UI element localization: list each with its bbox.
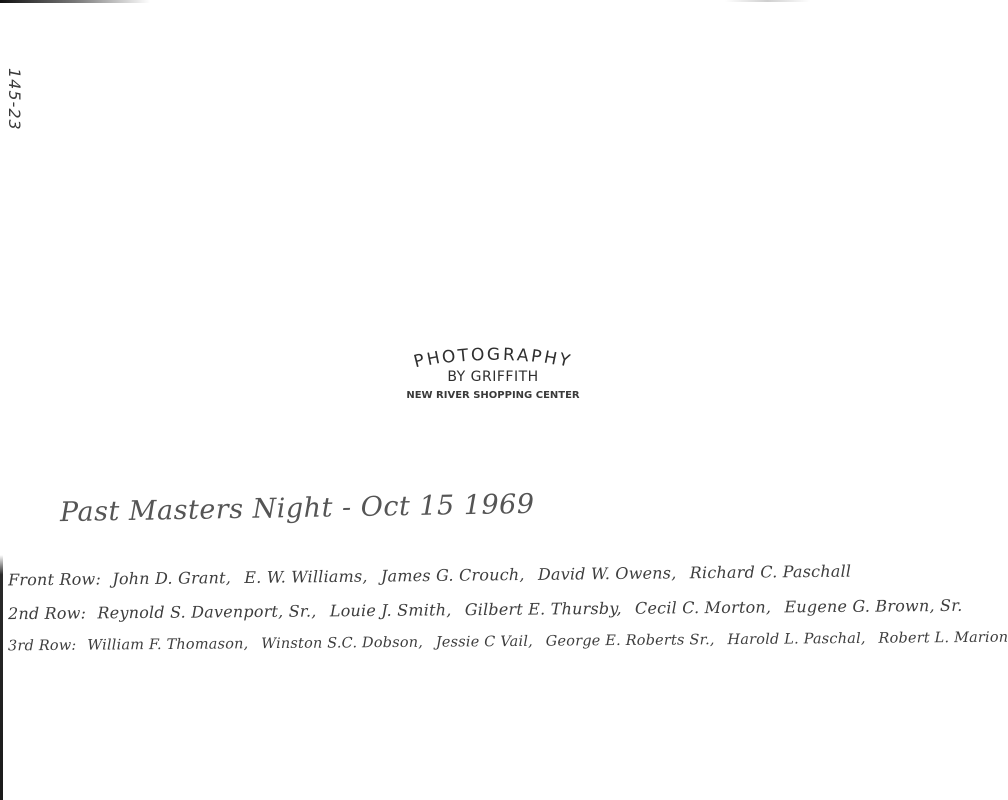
stamp-line-3: NEW RIVER SHOPPING CENTER — [398, 390, 588, 401]
person-name: Robert L. Marion — [878, 630, 1008, 647]
row-third: 3rd Row: William F. Thomason, Winston S.… — [8, 630, 1008, 655]
person-name: E. W. Williams, — [244, 567, 368, 587]
row-label: 3rd Row: — [8, 638, 77, 655]
person-name: Harold L. Paschal, — [727, 631, 865, 648]
person-name: Jessie C Vail, — [436, 634, 533, 651]
scan-edge-shadow — [0, 0, 150, 3]
scan-edge-shadow-right — [725, 0, 810, 2]
scan-left-edge — [0, 555, 3, 800]
person-name: Richard C. Paschall — [690, 562, 852, 583]
person-name: John D. Grant, — [112, 568, 231, 588]
event-title: Past Masters Night - Oct 15 1969 — [60, 489, 535, 528]
stamp-line-2: BY GRIFFITH — [398, 369, 588, 385]
person-name: Reynold S. Davenport, Sr., — [97, 601, 316, 622]
stamp-line-1: PHOTOGRAPHY — [398, 345, 588, 365]
person-name: Winston S.C. Dobson, — [261, 635, 423, 652]
person-name: James G. Crouch, — [381, 565, 525, 586]
person-name: Louie J. Smith, — [330, 600, 452, 620]
person-name: Cecil C. Morton, — [635, 598, 771, 618]
photographer-stamp: PHOTOGRAPHY BY GRIFFITH NEW RIVER SHOPPI… — [398, 345, 588, 401]
row-label: 2nd Row: — [8, 603, 86, 623]
row-second: 2nd Row: Reynold S. Davenport, Sr., Loui… — [8, 596, 963, 623]
row-front: Front Row: John D. Grant, E. W. Williams… — [8, 562, 851, 590]
person-name: Eugene G. Brown, Sr. — [784, 596, 962, 617]
person-name: George E. Roberts Sr., — [546, 632, 715, 649]
row-label: Front Row: — [8, 569, 101, 589]
catalog-number: 145-23 — [5, 68, 24, 131]
person-name: Gilbert E. Thursby, — [465, 599, 622, 619]
person-name: David W. Owens, — [538, 563, 677, 583]
person-name: William F. Thomason, — [87, 636, 248, 653]
